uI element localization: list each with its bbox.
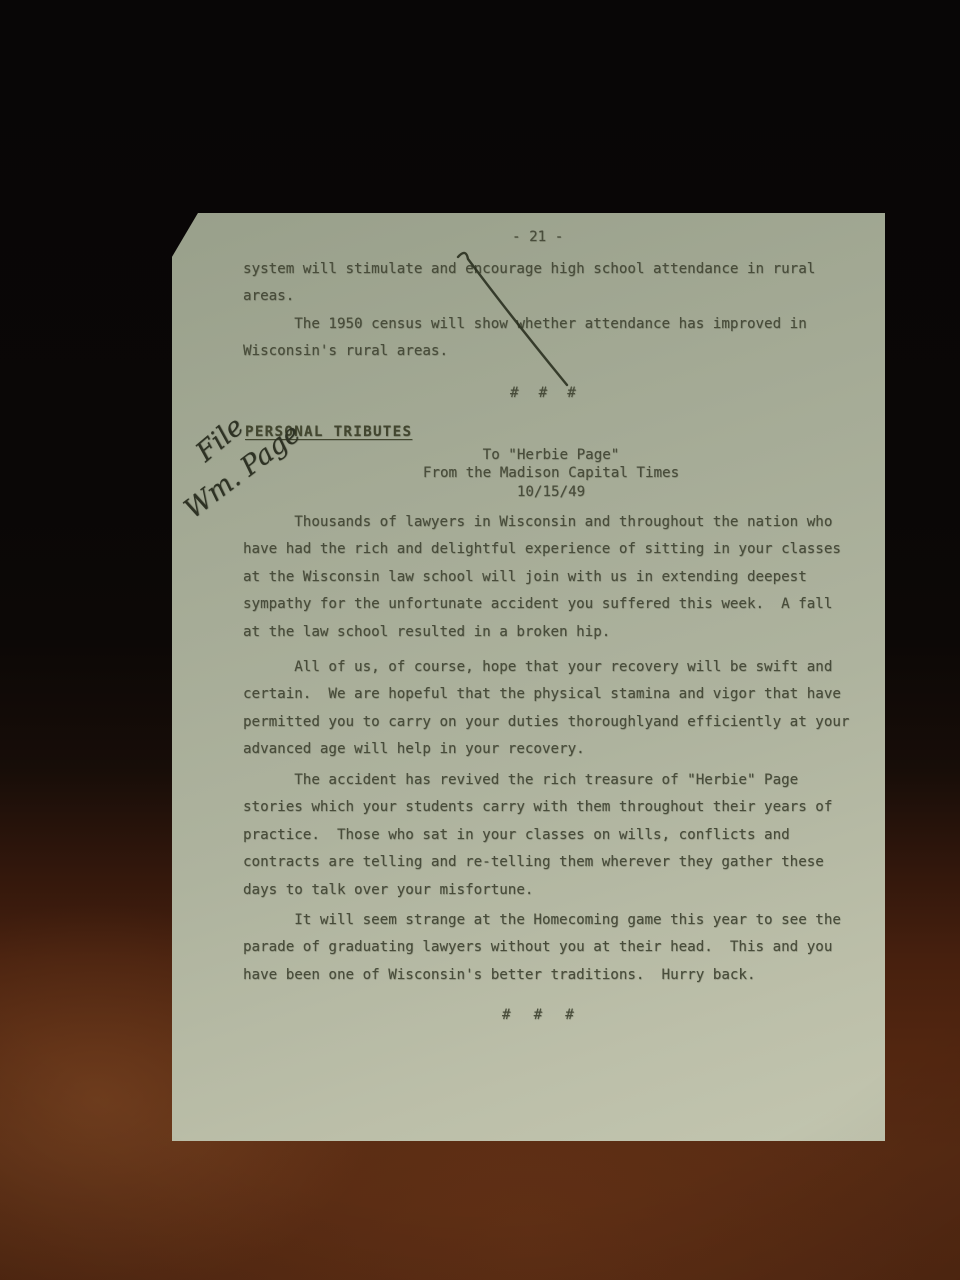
photo-background: - 21 - system will stimulate and encoura… [0, 0, 960, 1280]
body-paragraph-1: Thousands of lawyers in Wisconsin and th… [243, 509, 841, 646]
body-paragraph-4: It will seem strange at the Homecoming g… [243, 907, 841, 989]
intro-paragraphs: system will stimulate and encourage high… [243, 256, 815, 366]
end-marks-bottom: # # # [502, 1002, 576, 1029]
page-number: - 21 - [512, 224, 960, 251]
tribute-header: To "Herbie Page" From the Madison Capita… [241, 446, 861, 501]
body-paragraph-3: The accident has revived the rich treasu… [243, 767, 832, 904]
document-page: - 21 - system will stimulate and encoura… [172, 213, 885, 1141]
end-marks-top: # # # [510, 380, 577, 407]
body-paragraph-2: All of us, of course, hope that your rec… [243, 654, 849, 764]
page-corner-fold [172, 213, 202, 261]
